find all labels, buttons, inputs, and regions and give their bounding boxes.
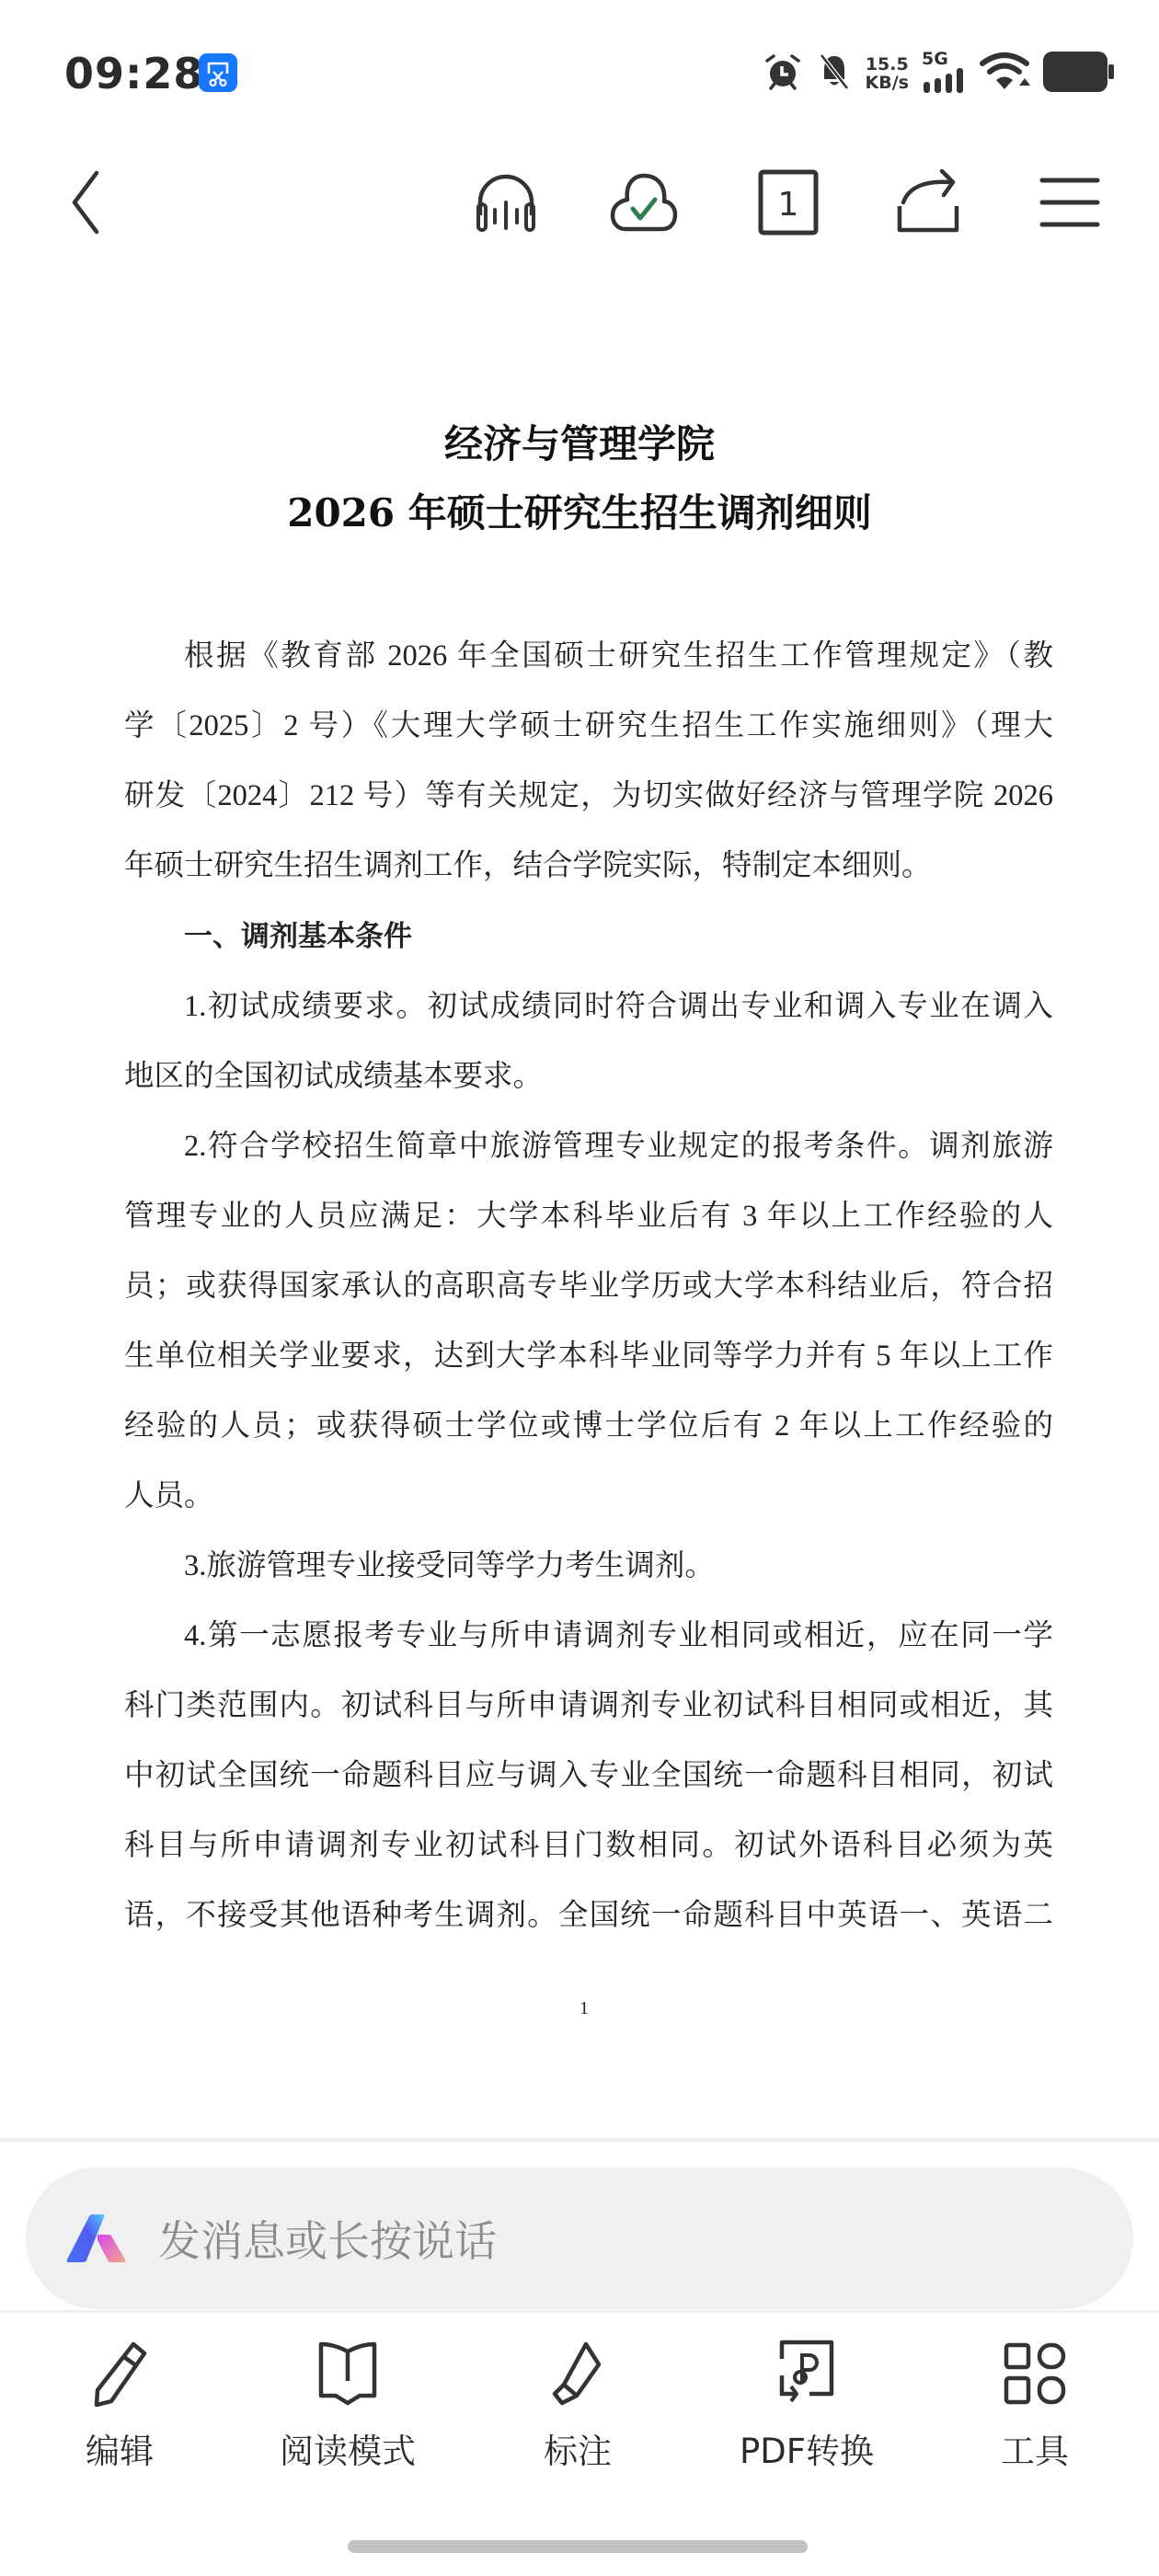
doc-paragraph-line: 经验的人员；或获得硕士学位或博士学位后有 2 年以上工作经验的 xyxy=(124,1403,1053,1449)
doc-paragraph-line: 管理专业的人员应满足：大学本科毕业后有 3 年以上工作经验的人 xyxy=(124,1193,1053,1239)
status-icons: 15.5 KB/s 5G xyxy=(763,48,1115,99)
section-heading: 一、调剂基本条件 xyxy=(184,914,412,960)
doc-title-line1: 经济与管理学院 xyxy=(0,417,1159,472)
signal-icon xyxy=(922,67,966,97)
highlighter-icon xyxy=(541,2337,614,2410)
nav-reading-mode-button[interactable]: 阅读模式 xyxy=(256,2337,440,2473)
wifi-icon xyxy=(979,51,1030,97)
headphones-icon xyxy=(473,169,539,236)
doc-paragraph-line: 根据《教育部 2026 年全国硕士研究生招生工作管理规定》（教 xyxy=(184,633,1053,679)
screenshot-scissors-icon xyxy=(199,53,237,92)
chat-input[interactable]: 发消息或长按说话 xyxy=(26,2168,1133,2309)
alarm-icon xyxy=(763,52,803,96)
chevron-left-icon xyxy=(62,166,108,239)
doc-paragraph-line: 学〔2025〕2 号）《大理大学硕士研究生招生工作实施细则》（理大 xyxy=(124,703,1053,749)
nav-annotate-label: 标注 xyxy=(544,2431,612,2473)
doc-paragraph-line: 科门类范围内。初试科目与所申请调剂专业初试科目相同或相近，其 xyxy=(124,1683,1053,1729)
pencil-icon xyxy=(83,2337,156,2410)
chat-placeholder: 发消息或长按说话 xyxy=(158,2208,497,2269)
book-icon xyxy=(311,2337,384,2410)
menu-icon xyxy=(1039,177,1100,228)
nav-pdf-convert-button[interactable]: PDF转换 xyxy=(715,2337,899,2473)
cloud-check-icon xyxy=(609,172,679,233)
ai-assistant-logo-icon xyxy=(64,2213,129,2264)
doc-paragraph-line: 年硕士研究生招生调剂工作，结合学院实际，特制定本细则。 xyxy=(124,843,1053,889)
net-speed-unit: KB/s xyxy=(866,74,909,92)
battery-icon xyxy=(1043,52,1115,96)
net-speed-value: 15.5 xyxy=(866,55,909,74)
doc-paragraph-line: 研发〔2024〕212 号）等有关规定，为切实做好经济与管理学院 2026 xyxy=(124,773,1053,819)
share-icon xyxy=(894,169,964,236)
doc-paragraph-line: 地区的全国初试成绩基本要求。 xyxy=(124,1053,1053,1099)
pdf-convert-icon xyxy=(770,2337,843,2410)
menu-button[interactable] xyxy=(1033,166,1107,239)
back-button[interactable] xyxy=(48,166,121,239)
network-type: 5G xyxy=(922,51,948,67)
signal-group: 5G xyxy=(922,51,966,97)
home-indicator[interactable] xyxy=(348,2540,808,2553)
divider xyxy=(0,2138,1159,2142)
nav-pdf-convert-label: PDF转换 xyxy=(740,2431,874,2473)
nav-reading-mode-label: 阅读模式 xyxy=(280,2431,416,2473)
doc-paragraph-line: 中初试全国统一命题科目应与调入专业全国统一命题科目相同，初试 xyxy=(124,1753,1053,1799)
share-button[interactable] xyxy=(892,166,966,239)
doc-paragraph-line: 语，不接受其他语种考生调剂。全国统一命题科目中英语一、英语二 xyxy=(124,1892,1053,1938)
page-number: 1 xyxy=(579,1998,589,2019)
nav-edit-label: 编辑 xyxy=(86,2431,154,2473)
page-count-button[interactable]: 1 xyxy=(752,166,825,239)
page-icon: 1 xyxy=(758,169,819,236)
mute-bell-icon xyxy=(816,52,853,96)
doc-paragraph-line: 科目与所申请调剂专业初试科目门数相同。初试外语科目必须为英 xyxy=(124,1823,1053,1869)
doc-paragraph-line: 2.符合学校招生简章中旅游管理专业规定的报考条件。调剂旅游 xyxy=(184,1123,1053,1169)
doc-paragraph-line: 生单位相关学业要求，达到大学本科毕业同等学力并有 5 年以上工作 xyxy=(124,1333,1053,1379)
doc-paragraph-line: 4.第一志愿报考专业与所申请调剂专业相同或相近，应在同一学 xyxy=(184,1613,1053,1659)
svg-text:1: 1 xyxy=(778,186,799,224)
doc-paragraph-line: 人员。 xyxy=(124,1473,1053,1519)
nav-edit-button[interactable]: 编辑 xyxy=(28,2337,212,2473)
divider xyxy=(0,2310,1159,2313)
net-speed: 15.5 KB/s xyxy=(866,55,909,92)
doc-paragraph-line: 1.初试成绩要求。初试成绩同时符合调出专业和调入专业在调入 xyxy=(184,983,1053,1029)
doc-title-line2: 2026 年硕士研究生招生调剂细则 xyxy=(0,486,1159,541)
status-time: 09:28 xyxy=(64,48,203,99)
nav-tools-label: 工具 xyxy=(1001,2431,1069,2473)
nav-annotate-button[interactable]: 标注 xyxy=(486,2337,670,2473)
doc-paragraph-line: 3.旅游管理专业接受同等学力考生调剂。 xyxy=(184,1543,1053,1589)
apps-grid-icon xyxy=(998,2337,1072,2410)
cloud-sync-button[interactable] xyxy=(607,166,681,239)
doc-paragraph-line: 员；或获得国家承认的高职高专毕业学历或大学本科结业后，符合招 xyxy=(124,1263,1053,1309)
nav-tools-button[interactable]: 工具 xyxy=(943,2337,1127,2473)
listen-button[interactable] xyxy=(469,166,543,239)
